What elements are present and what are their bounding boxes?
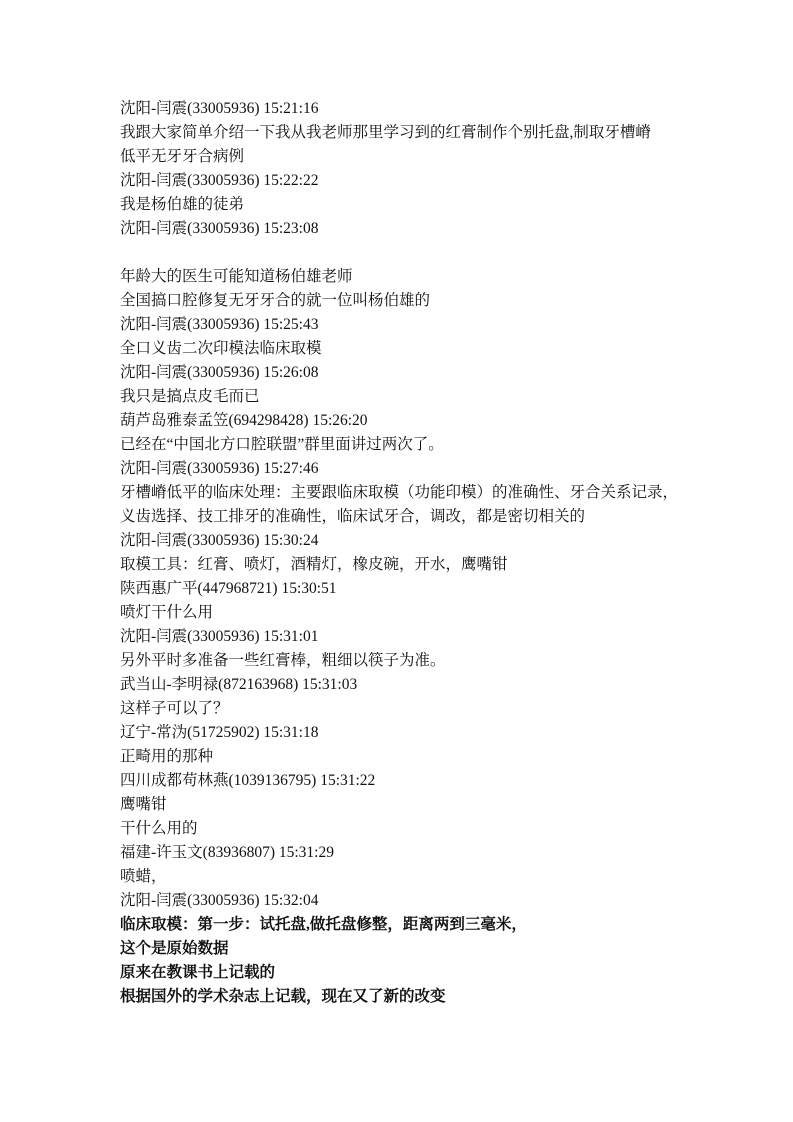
message-header: 四川成都苟林燕(1039136795) 15:31:22 [120, 769, 700, 793]
message-header: 陕西惠广平(447968721) 15:30:51 [120, 577, 700, 601]
message-text: 全口义齿二次印模法临床取模 [120, 337, 700, 361]
message-header: 沈阳-闫震(33005936) 15:25:43 [120, 313, 700, 337]
message-text: 我跟大家简单介绍一下我从我老师那里学习到的红膏制作个别托盘,制取牙槽嵴 [120, 121, 700, 145]
document-page: 沈阳-闫震(33005936) 15:21:16 我跟大家简单介绍一下我从我老师… [120, 97, 700, 1009]
message-text: 牙槽嵴低平的临床处理：主要跟临床取模（功能印模）的准确性、牙合关系记录， [120, 481, 700, 505]
message-text: 低平无牙牙合病例 [120, 145, 700, 169]
message-header: 沈阳-闫震(33005936) 15:22:22 [120, 169, 700, 193]
message-text: 取模工具：红膏、喷灯，酒精灯，橡皮碗，开水，鹰嘴钳 [120, 553, 700, 577]
message-header: 葫芦岛雅泰孟笠(694298428) 15:26:20 [120, 409, 700, 433]
message-header: 辽宁-常沩(51725902) 15:31:18 [120, 721, 700, 745]
message-header: 沈阳-闫震(33005936) 15:26:08 [120, 361, 700, 385]
message-text: 义齿选择、技工排牙的准确性，临床试牙合，调改，都是密切相关的 [120, 505, 700, 529]
message-text-bold: 临床取模：第一步：试托盘,做托盘修整，距离两到三毫米， [120, 913, 700, 937]
message-text: 年龄大的医生可能知道杨伯雄老师 [120, 265, 700, 289]
message-header: 沈阳-闫震(33005936) 15:21:16 [120, 97, 700, 121]
message-header: 武当山-李明禄(872163968) 15:31:03 [120, 673, 700, 697]
message-text: 全国搞口腔修复无牙牙合的就一位叫杨伯雄的 [120, 289, 700, 313]
message-text: 这样子可以了？ [120, 697, 700, 721]
message-header: 沈阳-闫震(33005936) 15:27:46 [120, 457, 700, 481]
message-text: 正畸用的那种 [120, 745, 700, 769]
message-text: 干什么用的 [120, 817, 700, 841]
message-text: 已经在“中国北方口腔联盟”群里面讲过两次了。 [120, 433, 700, 457]
message-text-bold: 这个是原始数据 [120, 937, 700, 961]
blank-line [120, 241, 700, 265]
message-text: 我是杨伯雄的徒弟 [120, 193, 700, 217]
message-header: 沈阳-闫震(33005936) 15:31:01 [120, 625, 700, 649]
message-text: 另外平时多准备一些红膏棒，粗细以筷子为准。 [120, 649, 700, 673]
message-header: 沈阳-闫震(33005936) 15:23:08 [120, 217, 700, 241]
message-header: 沈阳-闫震(33005936) 15:30:24 [120, 529, 700, 553]
message-text: 我只是搞点皮毛而已 [120, 385, 700, 409]
message-text-bold: 原来在教课书上记载的 [120, 961, 700, 985]
message-text-bold: 根据国外的学术杂志上记载，现在又了新的改变 [120, 985, 700, 1009]
message-text: 喷蜡， [120, 865, 700, 889]
message-header: 沈阳-闫震(33005936) 15:32:04 [120, 889, 700, 913]
message-text: 鹰嘴钳 [120, 793, 700, 817]
message-text: 喷灯干什么用 [120, 601, 700, 625]
message-header: 福建-许玉文(83936807) 15:31:29 [120, 841, 700, 865]
